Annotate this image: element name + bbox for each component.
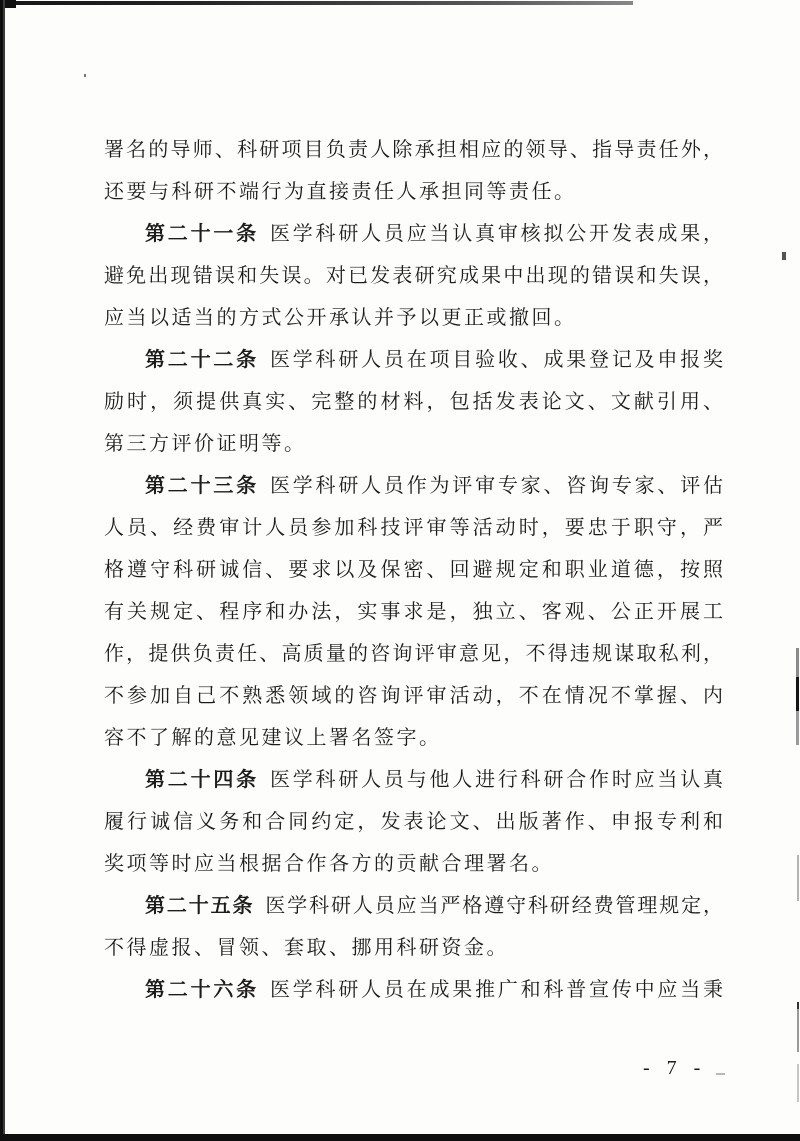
text-line: 履行诚信义务和合同约定，发表论文、出版著作、申报专利和 <box>104 801 723 843</box>
line-text: 不参加自己不熟悉领域的咨询评审活动，不在情况不掌握、内 <box>104 685 723 707</box>
scan-edge-right-mark <box>796 648 799 745</box>
text-line: 第二十一条医学科研人员应当认真审核拟公开发表成果， <box>104 213 723 255</box>
text-line: 格遵守科研诚信、要求以及保密、回避规定和职业道德，按照 <box>104 549 723 591</box>
line-text: 人员、经费审计人员参加科技评审等活动时，要忠于职守，严 <box>104 517 723 539</box>
text-line: 人员、经费审计人员参加科技评审等活动时，要忠于职守，严 <box>104 507 723 549</box>
scan-speck <box>782 252 786 260</box>
text-line: 第二十三条医学科研人员作为评审专家、咨询专家、评估 <box>104 465 723 507</box>
line-text: 医学科研人员与他人进行科研合作时应当认真 <box>270 769 723 791</box>
line-text: 避免出现错误和失误。对已发表研究成果中出现的错误和失误， <box>104 265 723 287</box>
page-number: - 7 - <box>643 1057 706 1080</box>
text-line: 第二十六条医学科研人员在成果推广和科普宣传中应当秉 <box>104 969 723 1011</box>
text-line: 励时，须提供真实、完整的材料，包括发表论文、文献引用、 <box>104 381 723 423</box>
text-line: 容不了解的意见建议上署名签字。 <box>104 717 723 759</box>
line-text: 医学科研人员在成果推广和科普宣传中应当秉 <box>270 979 723 1001</box>
scan-edge-right-mark <box>797 1002 799 1052</box>
line-text: 医学科研人员应当严格遵守科研经费管理规定， <box>265 895 723 917</box>
text-line: 避免出现错误和失误。对已发表研究成果中出现的错误和失误， <box>104 255 723 297</box>
document-body-text: 署名的导师、科研项目负责人除承担相应的领导、指导责任外，还要与科研不端行为直接责… <box>104 129 723 1011</box>
line-text: 医学科研人员应当认真审核拟公开发表成果， <box>270 223 723 245</box>
article-number: 第二十三条 <box>145 475 259 497</box>
article-number: 第二十六条 <box>145 979 259 1001</box>
text-line: 还要与科研不端行为直接责任人承担同等责任。 <box>104 171 723 213</box>
line-text: 医学科研人员在项目验收、成果登记及申报奖 <box>270 349 723 371</box>
line-text: 署名的导师、科研项目负责人除承担相应的领导、指导责任外， <box>104 139 723 161</box>
line-text: 应当以适当的方式公开承认并予以更正或撤回。 <box>104 307 577 329</box>
line-text: 还要与科研不端行为直接责任人承担同等责任。 <box>104 181 577 203</box>
scan-speck <box>716 1073 725 1075</box>
text-line: 奖项等时应当根据合作各方的贡献合理署名。 <box>104 843 723 885</box>
text-line: 署名的导师、科研项目负责人除承担相应的领导、指导责任外， <box>104 129 723 171</box>
line-text: 励时，须提供真实、完整的材料，包括发表论文、文献引用、 <box>104 391 723 413</box>
article-number: 第二十二条 <box>145 349 259 371</box>
text-line: 不参加自己不熟悉领域的咨询评审活动，不在情况不掌握、内 <box>104 675 723 717</box>
text-line: 作，提供负责任、高质量的咨询评审意见，不得违规谋取私利， <box>104 633 723 675</box>
text-line: 有关规定、程序和办法，实事求是，独立、客观、公正开展工 <box>104 591 723 633</box>
text-line: 不得虚报、冒领、套取、挪用科研资金。 <box>104 927 723 969</box>
scan-edge-bottom <box>0 1134 800 1141</box>
text-line: 第二十五条医学科研人员应当严格遵守科研经费管理规定， <box>104 885 723 927</box>
line-text: 医学科研人员作为评审专家、咨询专家、评估 <box>270 475 723 497</box>
scan-edge-left <box>0 0 5 1141</box>
line-text: 奖项等时应当根据合作各方的贡献合理署名。 <box>104 853 554 875</box>
line-text: 作，提供负责任、高质量的咨询评审意见，不得违规谋取私利， <box>104 643 723 665</box>
article-number: 第二十五条 <box>145 895 254 917</box>
scan-speck <box>84 74 86 77</box>
scan-edge-top <box>0 1 633 5</box>
scan-edge-right-mark <box>797 855 799 901</box>
line-text: 第三方评价证明等。 <box>104 433 307 455</box>
document-page: 署名的导师、科研项目负责人除承担相应的领导、指导责任外，还要与科研不端行为直接责… <box>0 0 800 1141</box>
article-number: 第二十一条 <box>145 223 259 245</box>
line-text: 格遵守科研诚信、要求以及保密、回避规定和职业道德，按照 <box>104 559 723 581</box>
text-line: 第二十四条医学科研人员与他人进行科研合作时应当认真 <box>104 759 723 801</box>
article-number: 第二十四条 <box>145 769 259 791</box>
line-text: 有关规定、程序和办法，实事求是，独立、客观、公正开展工 <box>104 601 723 623</box>
line-text: 不得虚报、冒领、套取、挪用科研资金。 <box>104 937 509 959</box>
line-text: 履行诚信义务和合同约定，发表论文、出版著作、申报专利和 <box>104 811 723 833</box>
scan-edge-right-mark <box>797 1064 799 1102</box>
text-line: 第二十二条医学科研人员在项目验收、成果登记及申报奖 <box>104 339 723 381</box>
line-text: 容不了解的意见建议上署名签字。 <box>104 727 442 749</box>
text-line: 应当以适当的方式公开承认并予以更正或撤回。 <box>104 297 723 339</box>
text-line: 第三方评价证明等。 <box>104 423 723 465</box>
